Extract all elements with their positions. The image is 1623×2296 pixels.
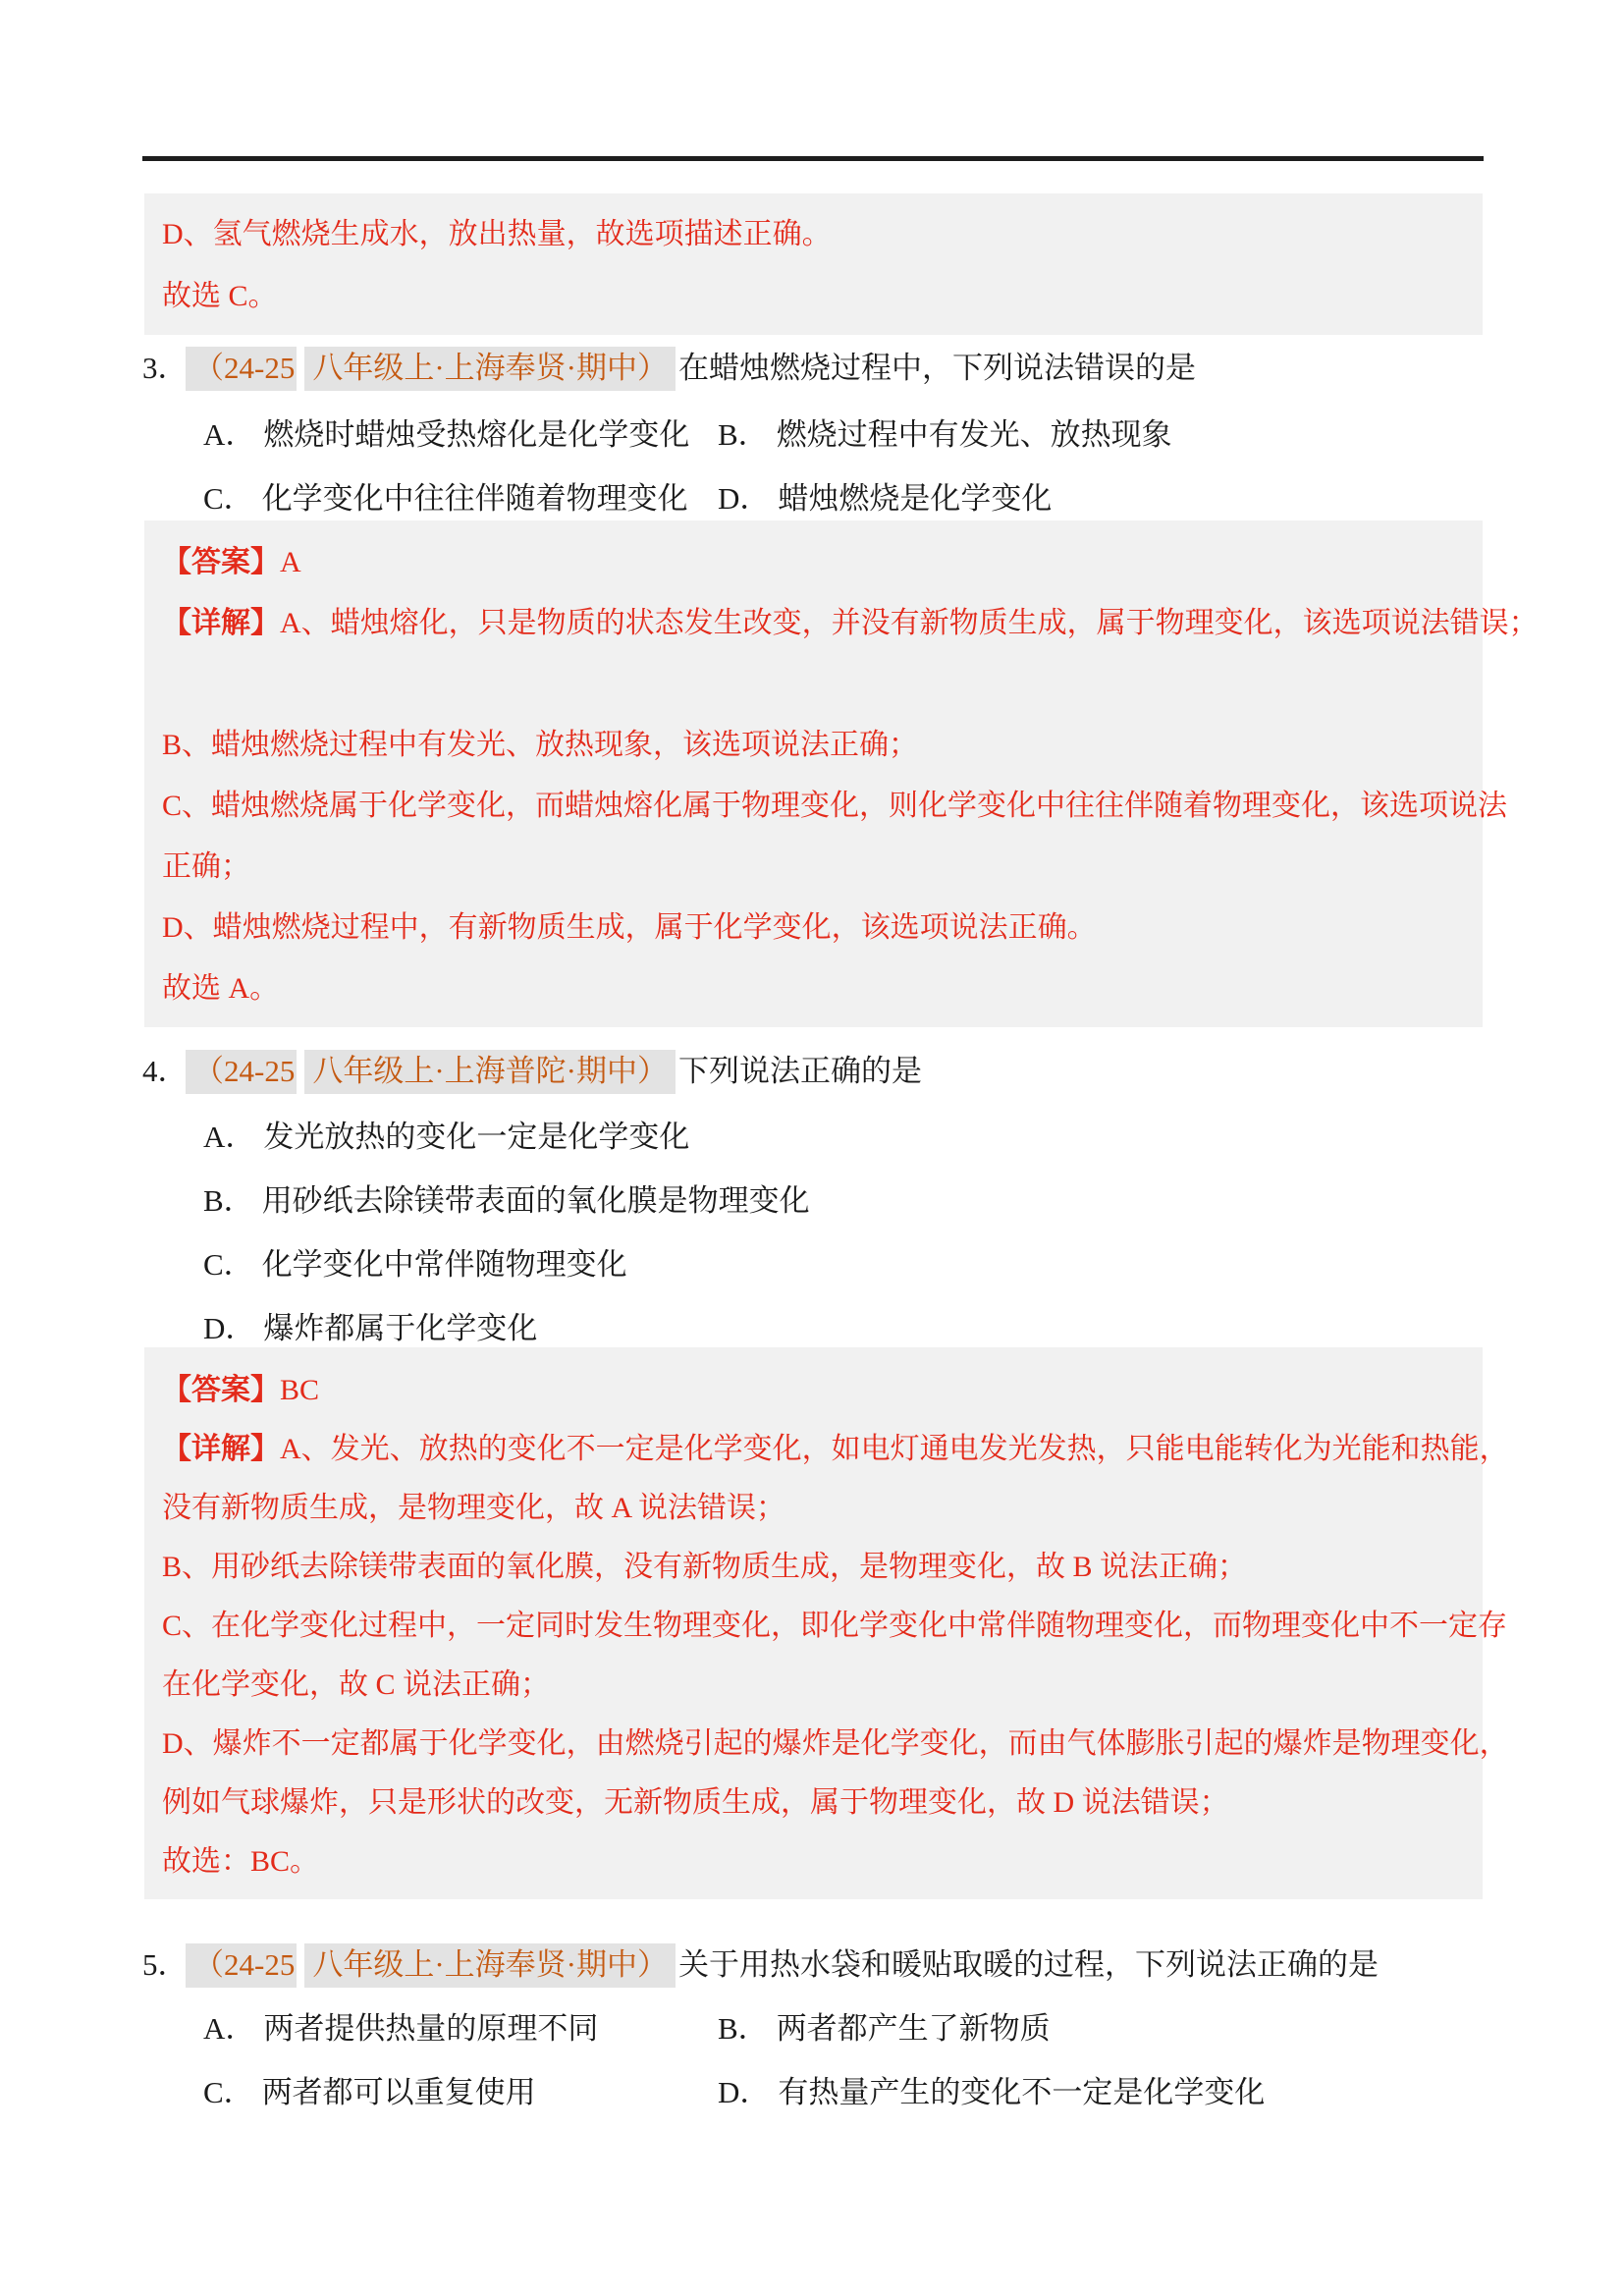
option-B: B． 燃烧过程中有发光、放热现象 [718, 414, 1172, 456]
option-text: 燃烧过程中有发光、放热现象 [777, 414, 1172, 456]
option-A: A． 燃烧时蜡烛受热熔化是化学变化 [203, 414, 718, 456]
question-4: 4． （24-25 八年级上·上海普陀·期中） 下列说法正确的是 A． 发光放热… [142, 1049, 1586, 1350]
question-3: 3． （24-25 八年级上·上海奉贤·期中） 在蜡烛燃烧过程中，下列说法错误的… [142, 346, 1586, 519]
source-tag-school: 八年级上·上海普陀·期中） [304, 1050, 676, 1094]
option-label: A． [203, 414, 255, 456]
option-label: B． [203, 1179, 254, 1223]
answer-line: 【答案】BC [162, 1361, 1459, 1420]
option-text: 用砂纸去除镁带表面的氧化膜是物理变化 [262, 1179, 810, 1223]
question-4-stem-line: 4． （24-25 八年级上·上海普陀·期中） 下列说法正确的是 [142, 1049, 1586, 1094]
answer-line: C、蜡烛燃烧属于化学变化，而蜡烛熔化属于物理变化，则化学变化中往往伴随着物理变化… [162, 776, 1459, 837]
question-5-stem-line: 5． （24-25 八年级上·上海奉贤·期中） 关于用热水袋和暖贴取暖的过程，下… [142, 1942, 1586, 1988]
answer-line: 【详解】A、蜡烛熔化，只是物质的状态发生改变，并没有新物质生成，属于物理变化，该… [162, 593, 1459, 654]
option-label: C． [203, 1243, 254, 1286]
option-label: C． [203, 2071, 254, 2114]
answer-line: 在化学变化，故 C 说法正确； [162, 1656, 1459, 1715]
options-row: C． 化学变化中常伴随物理变化 [203, 1243, 1586, 1286]
source-tag-school: 八年级上·上海奉贤·期中） [304, 1943, 676, 1988]
options-row: C． 化学变化中往往伴随着物理变化 D． 蜡烛燃烧是化学变化 [203, 478, 1586, 519]
question-stem: 关于用热水袋和暖贴取暖的过程，下列说法正确的是 [678, 1942, 1379, 1988]
option-A: A． 两者提供热量的原理不同 [203, 2007, 718, 2050]
question-stem: 下列说法正确的是 [678, 1049, 922, 1094]
source-tag-year: （24-25 [186, 1943, 297, 1988]
answer-line: 例如气球爆炸，只是形状的改变，无新物质生成，属于物理变化，故 D 说法错误； [162, 1774, 1459, 1832]
option-text: 两者都产生了新物质 [777, 2007, 1051, 2050]
answer-block-previous: D、氢气燃烧生成水，放出热量，故选项描述正确。 故选 C。 [144, 193, 1483, 335]
option-D: D． 有热量产生的变化不一定是化学变化 [718, 2071, 1265, 2114]
option-label: B． [718, 2007, 769, 2050]
question-number: 4． [142, 1049, 186, 1094]
option-B: B． 用砂纸去除镁带表面的氧化膜是物理变化 [203, 1179, 810, 1223]
option-text: 两者提供热量的原理不同 [263, 2007, 598, 2050]
option-C: C． 化学变化中常伴随物理变化 [203, 1243, 627, 1286]
question-number: 3． [142, 346, 186, 391]
option-label: C． [203, 478, 254, 519]
answer-line: D、氢气燃烧生成水，放出热量，故选项描述正确。 [162, 203, 1459, 265]
option-label: A． [203, 2007, 255, 2050]
options-row: D． 爆炸都属于化学变化 [203, 1307, 1586, 1350]
option-text: 蜡烛燃烧是化学变化 [778, 478, 1052, 519]
option-text: 化学变化中往往伴随着物理变化 [262, 478, 688, 519]
question-stem: 在蜡烛燃烧过程中，下列说法错误的是 [678, 346, 1196, 391]
option-text: 两者都可以重复使用 [262, 2071, 536, 2114]
question-number: 5． [142, 1942, 186, 1988]
answer-line: D、爆炸不一定都属于化学变化，由燃烧引起的爆炸是化学变化，而由气体膨胀引起的爆炸… [162, 1715, 1459, 1774]
options-row: C． 两者都可以重复使用 D． 有热量产生的变化不一定是化学变化 [203, 2071, 1586, 2114]
option-text: 爆炸都属于化学变化 [263, 1307, 537, 1350]
option-label: D． [203, 1307, 255, 1350]
answer-line: 【详解】A、发光、放热的变化不一定是化学变化，如电灯通电发光发热，只能电能转化为… [162, 1420, 1459, 1479]
answer-block-q4: 【答案】BC 【详解】A、发光、放热的变化不一定是化学变化，如电灯通电发光发热，… [144, 1347, 1483, 1899]
source-tag-school: 八年级上·上海奉贤·期中） [304, 347, 676, 391]
option-label: B． [718, 414, 769, 456]
option-text: 发光放热的变化一定是化学变化 [263, 1116, 689, 1159]
option-B: B． 两者都产生了新物质 [718, 2007, 1051, 2050]
answer-line: 【答案】A [162, 532, 1459, 593]
option-text: 化学变化中常伴随物理变化 [262, 1243, 627, 1286]
option-text: 有热量产生的变化不一定是化学变化 [778, 2071, 1265, 2114]
option-label: D． [718, 2071, 770, 2114]
option-C: C． 化学变化中往往伴随着物理变化 [203, 478, 718, 519]
answer-line: C、在化学变化过程中，一定同时发生物理变化，即化学变化中常伴随物理变化，而物理变… [162, 1597, 1459, 1656]
options-row: B． 用砂纸去除镁带表面的氧化膜是物理变化 [203, 1179, 1586, 1223]
answer-line [162, 654, 1459, 715]
answer-block-q3: 【答案】A 【详解】A、蜡烛熔化，只是物质的状态发生改变，并没有新物质生成，属于… [144, 520, 1483, 1027]
answer-line: 故选 A。 [162, 958, 1459, 1019]
option-label: A． [203, 1116, 255, 1159]
option-D: D． 蜡烛燃烧是化学变化 [718, 478, 1052, 519]
question-5: 5． （24-25 八年级上·上海奉贤·期中） 关于用热水袋和暖贴取暖的过程，下… [142, 1942, 1586, 2114]
page-top-rule [142, 156, 1484, 161]
options-row: A． 两者提供热量的原理不同 B． 两者都产生了新物质 [203, 2007, 1586, 2050]
option-label: D． [718, 478, 770, 519]
options-row: A． 发光放热的变化一定是化学变化 [203, 1116, 1586, 1159]
source-tag-year: （24-25 [186, 1050, 297, 1094]
option-C: C． 两者都可以重复使用 [203, 2071, 718, 2114]
source-tag-year: （24-25 [186, 347, 297, 391]
answer-line: B、用砂纸去除镁带表面的氧化膜，没有新物质生成，是物理变化，故 B 说法正确； [162, 1538, 1459, 1597]
answer-line: 故选：BC。 [162, 1832, 1459, 1891]
answer-line: D、蜡烛燃烧过程中，有新物质生成，属于化学变化，该选项说法正确。 [162, 898, 1459, 958]
answer-line: 正确； [162, 837, 1459, 898]
option-D: D． 爆炸都属于化学变化 [203, 1307, 537, 1350]
option-A: A． 发光放热的变化一定是化学变化 [203, 1116, 689, 1159]
document-page: D、氢气燃烧生成水，放出热量，故选项描述正确。 故选 C。 3． （24-25 … [0, 0, 1623, 2296]
question-3-stem-line: 3． （24-25 八年级上·上海奉贤·期中） 在蜡烛燃烧过程中，下列说法错误的… [142, 346, 1586, 391]
answer-line: 没有新物质生成，是物理变化，故 A 说法错误； [162, 1479, 1459, 1538]
answer-line: B、蜡烛燃烧过程中有发光、放热现象，该选项说法正确； [162, 715, 1459, 776]
options-row: A． 燃烧时蜡烛受热熔化是化学变化 B． 燃烧过程中有发光、放热现象 [203, 414, 1586, 456]
answer-line: 故选 C。 [162, 265, 1459, 327]
option-text: 燃烧时蜡烛受热熔化是化学变化 [263, 414, 689, 456]
